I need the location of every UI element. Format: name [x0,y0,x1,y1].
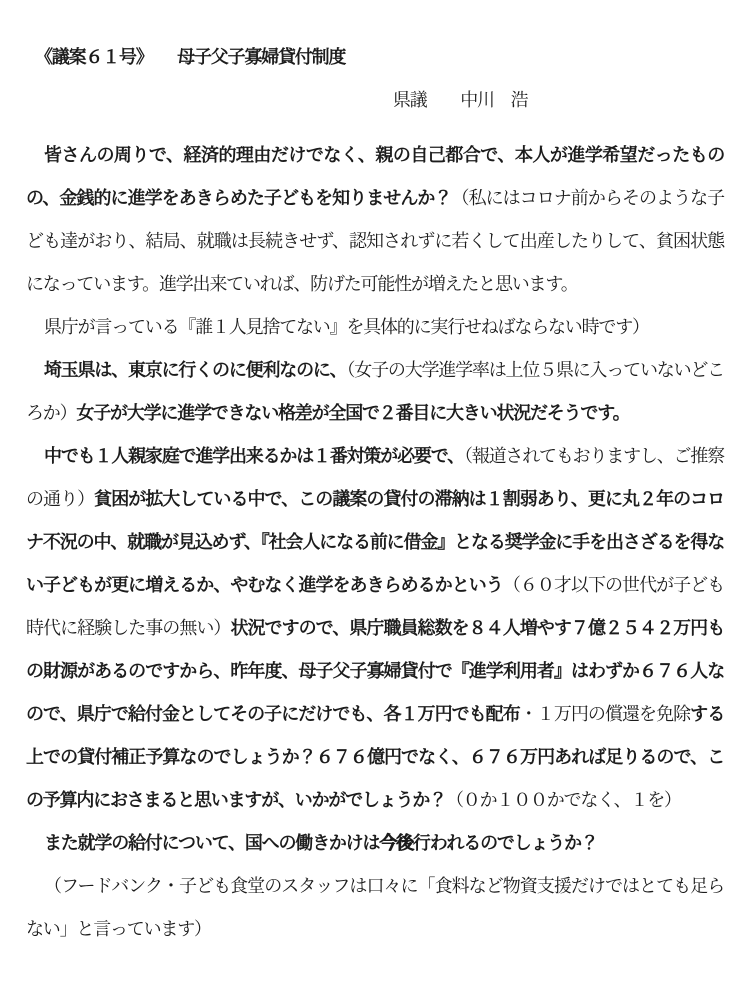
paragraph: 皆さんの周りで、経済的理由だけでなく、親の自己都合で、本人が進学希望だったものの… [26,134,724,306]
byline: 県議 中川 浩 [26,79,724,122]
text-run: 今後 [379,833,413,853]
document-page: 《議案６１号》 母子父子寡婦貸付制度 県議 中川 浩 皆さんの周りで、経済的理由… [0,0,750,1004]
paragraph: 中でも１人親家庭で進学出来るかは１番対策が必要で、（報道されてもおりますし、ご推… [26,435,724,822]
text-run: ・１万円の償還を免除 [520,704,690,724]
text-run: また就学の給付について、国への働きかけは [44,833,379,853]
text-run: 行われるのでしょうか？ [413,833,598,853]
paragraph: また就学の給付について、国への働きかけは今後行われるのでしょうか？ [26,822,724,865]
text-run: 県庁が言っている『誰１人見捨てない』を具体的に実行せねばならない時です） [44,317,649,337]
paragraph: 県庁が言っている『誰１人見捨てない』を具体的に実行せねばならない時です） [26,306,724,349]
paragraph: （フードバンク・子ども食堂のスタッフは口々に「食料など物資支援だけではとても足ら… [26,865,724,951]
text-run: 女子が大学に進学できない格差が全国で２番目に大きい状況だそうです。 [76,403,629,423]
text-run: （フードバンク・子ども食堂のスタッフは口々に「食料など物資支援だけではとても足ら… [26,876,724,939]
text-run: （０か１００かでなく、１を） [446,790,681,810]
text-run: 埼玉県は、東京に行くのに便利なのに、 [44,360,346,380]
document-body: 皆さんの周りで、経済的理由だけでなく、親の自己都合で、本人が進学希望だったものの… [26,134,724,951]
text-run: 中でも１人親家庭で進学出来るかは１番対策が必要で、 [44,446,464,466]
document-title: 《議案６１号》 母子父子寡婦貸付制度 [26,36,724,79]
paragraph: 埼玉県は、東京に行くのに便利なのに、（女子の大学進学率は上位５県に入っていないど… [26,349,724,435]
